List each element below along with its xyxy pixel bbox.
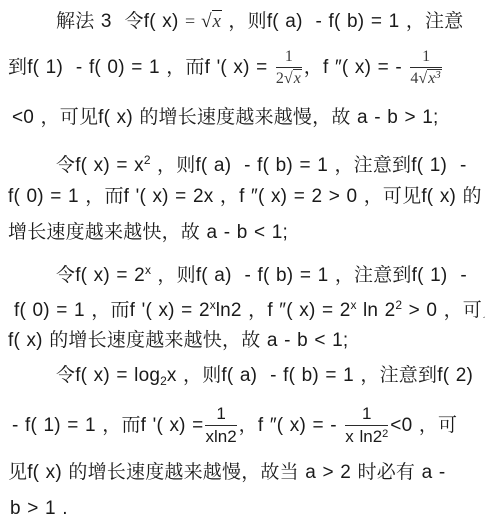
text-run: xln2 [205,427,236,446]
fraction-denominator: 2√x [276,68,302,88]
text-run: 增长速度越来越快，故 a - b < 1; [8,222,288,243]
radical-sign-icon: √ [201,11,211,32]
text-line: 令f( x) = 2x ，则f( a) - f( b) = 1 ，注意到f( 1… [56,257,467,289]
text-run: 令f( x) = x [56,155,144,176]
text-run: ，则f( a) - f( b) = 1 ，注意 [222,11,464,32]
text-run: b > 1 . [10,498,68,519]
text-run: x ln2 [345,427,382,446]
fraction-numerator: 1 [345,404,388,426]
fraction: 14√x3 [410,47,441,88]
text-run: f( x) 的增长速度越来越快，故 a - b < 1; [8,330,348,351]
fraction-numerator: 1 [276,47,302,68]
text-line: f( 0) = 1 ，而f '( x) = 2xln2 ，f ″( x) = 2… [14,292,485,324]
radical-sign-icon: √ [284,70,293,87]
square-root: √x [201,10,222,32]
text-run: 令f( x) = log [56,365,160,386]
text-run: ，则f( a) - f( b) = 1 ，注意到f( 1) - [151,155,467,176]
radicand: x3 [427,69,442,87]
fraction-numerator: 1 [410,47,441,68]
text-line: 令f( x) = x2 ，则f( a) - f( b) = 1 ，注意到f( 1… [56,147,467,179]
text-line: - f( 1) = 1 ，而f '( x) =1xln2，f ″( x) = -… [12,398,457,454]
text-run: > 0 ，可见 [402,300,485,321]
text-line: 增长速度越来越快，故 a - b < 1; [8,220,288,246]
subscript: 2 [160,374,167,388]
text-line: 到f( 1) - f( 0) = 1 ，而f '( x) = 12√x，f ″(… [8,40,444,96]
solution-document: 解法 3 令f( x) = √x ，则f( a) - f( b) = 1 ，注意… [0,0,485,529]
text-run: 1 [422,48,430,65]
text-line: f( 0) = 1 ，而f '( x) = 2x ，f ″( x) = 2 > … [8,184,482,210]
text-run: f( 0) = 1 ，而f '( x) = 2 [14,300,210,321]
text-run: ，则f( a) - f( b) = 1 ，注意到f( 1) - [151,265,467,286]
square-root: √x [284,69,302,87]
superscript: 2 [144,153,151,167]
text-line: b > 1 . [10,496,68,522]
fraction-denominator: x ln22 [345,426,388,447]
text-run: ln2 ，f ″( x) = 2 [216,300,351,321]
radicand: x [293,69,302,87]
square-root: √x3 [418,69,441,87]
text-run: x [294,70,301,87]
text-run: f( 0) = 1 ，而f '( x) = 2x ，f ″( x) = 2 > … [8,186,482,207]
fraction: 1xln2 [205,404,236,448]
text-run: 令f( x) = 2 [56,265,145,286]
text-run: x [213,11,221,32]
text-run: 1 [285,48,293,65]
text-run: 见f( x) 的增长速度越来越慢，故当 a > 2 时必有 a - [8,462,445,483]
fraction-numerator: 1 [205,404,236,426]
text-run: 1 [362,404,371,423]
text-run: 解法 3 令f( x) [56,11,185,32]
text-run: 到f( 1) - f( 0) = 1 ，而f '( x) = [8,57,274,78]
text-run: 1 [216,404,225,423]
text-run: ln 2 [357,300,396,321]
text-run: <0 ，可 [390,415,457,436]
text-run: ，f ″( x) = - [304,57,409,78]
radical-sign-icon: √ [418,70,427,87]
text-line: 解法 3 令f( x) = √x ，则f( a) - f( b) = 1 ，注意 [56,8,463,35]
fraction: 1x ln22 [345,404,388,448]
text-line: 见f( x) 的增长速度越来越慢，故当 a > 2 时必有 a - [8,460,445,486]
text-line: 令f( x) = log2x ，则f( a) - f( b) = 1 ，注意到f… [56,363,473,394]
text-run: x ，则f( a) - f( b) = 1 ，注意到f( 2) [167,365,473,386]
text-line: <0 ，可见f( x) 的增长速度越来越慢，故 a - b > 1; [12,105,439,131]
fraction-denominator: 4√x3 [410,68,441,88]
radicand: x [212,10,222,32]
superscript: 2 [382,428,388,440]
superscript: 3 [435,69,441,81]
fraction: 12√x [276,47,302,88]
text-run: - f( 1) = 1 ，而f '( x) = [12,415,203,436]
text-run: ，f ″( x) = - [239,415,344,436]
text-line: f( x) 的增长速度越来越快，故 a - b < 1; [8,328,348,354]
fraction-denominator: xln2 [205,426,236,447]
text-run: <0 ，可见f( x) 的增长速度越来越慢，故 a - b > 1; [12,107,439,128]
math-run: = [185,11,201,31]
text-run: 2 [276,70,284,87]
